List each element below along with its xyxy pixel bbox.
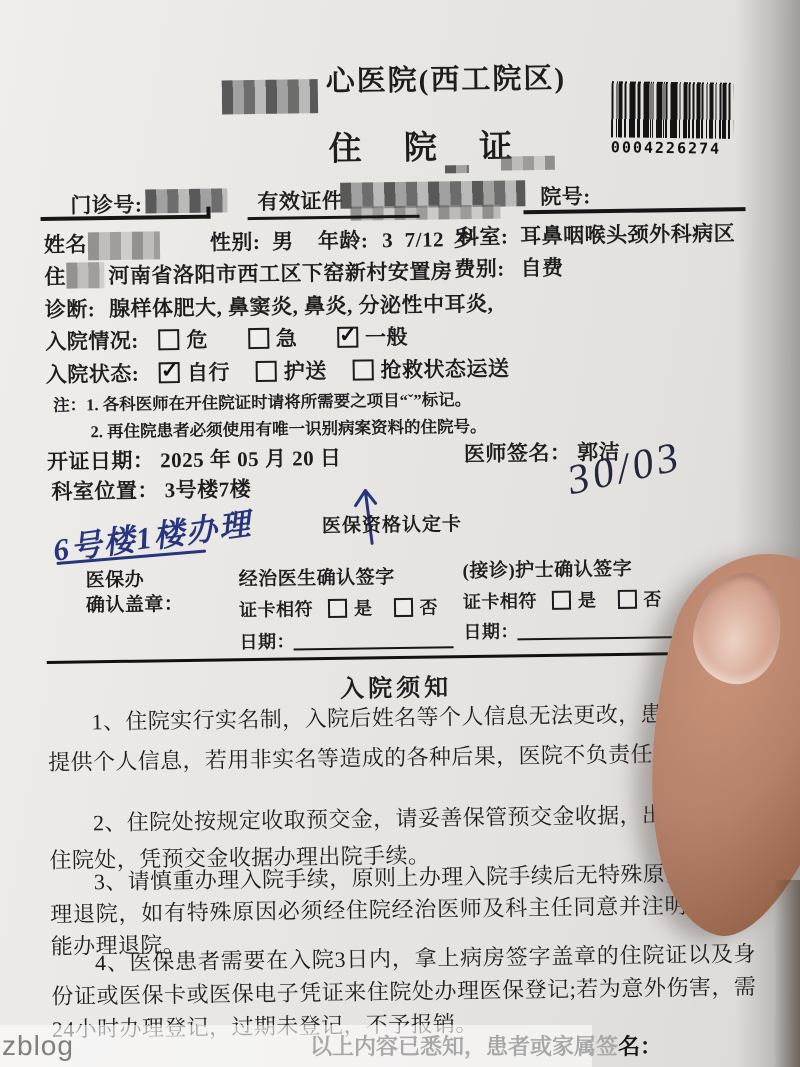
gender-value: 男 (272, 229, 294, 253)
checkbox-escort (256, 361, 277, 382)
document-title: 住 院 证 (328, 120, 529, 170)
redaction-mark (501, 156, 555, 171)
section-divider (47, 651, 749, 664)
yes-label: 是 (354, 598, 373, 618)
insurance-office-label-1: 医保办 (85, 565, 144, 593)
age-label: 年龄: (318, 228, 369, 253)
note-line-2: 2. 再住院患者必须使用有唯一识别病案资料的住院号。 (90, 413, 486, 443)
redaction-mosaic-address (66, 262, 104, 289)
checkbox-urgent (248, 328, 269, 349)
insurance-office-label-2: 确认盖章： (86, 589, 184, 617)
diagnosis-value: 腺样体肥大, 鼻窦炎, 鼻炎, 分泌性中耳炎, (109, 292, 494, 321)
checkbox-label-general: 一般 (365, 325, 408, 350)
checkbox-label-rescue: 抢救状态运送 (380, 356, 509, 382)
no-label: 否 (419, 597, 438, 617)
yes-label: 是 (578, 590, 597, 610)
admission-condition-label: 入院情况: (45, 329, 139, 354)
card-match-label: 证卡相符 (463, 591, 537, 612)
barcode-number: 0004226274 (611, 138, 739, 158)
signature-text-faded: 以上内容已悉知，患者或家属签 (310, 1034, 618, 1059)
checkbox-label-self: 自行 (187, 360, 230, 385)
signature-line: 以上内容已悉知，患者或家属签名： (310, 1030, 662, 1061)
inpatient-no-label: 院号: (540, 180, 591, 211)
notice-paragraph-1: 1、住院实行实名制，入院后姓名等个人信息无法更改，患者必如实提供个人信息，若用非… (47, 693, 753, 783)
checkbox-rescue (352, 359, 373, 380)
checkbox-self: ✓ (159, 362, 180, 383)
checkbox-general: ✓ (337, 327, 358, 348)
document-photo: 心医院(西工院区) 住 院 证 0004226274 门诊号: 有效证件 院号:… (0, 0, 800, 1067)
fee-value: 自费 (520, 256, 563, 281)
valid-id-label: 有效证件 (257, 185, 343, 216)
hospital-name: 心医院(西工院区) (325, 56, 566, 100)
gender-label: 性别: (210, 230, 261, 255)
dept-label: 科室: (458, 224, 509, 249)
check-icon: ✓ (161, 358, 179, 383)
date-underline (517, 636, 693, 640)
field-underline (41, 215, 211, 221)
check-icon: ✓ (339, 323, 357, 348)
watermark-text: zblog (2, 1030, 74, 1062)
address-label: 住 (44, 265, 66, 289)
issue-date-label: 开证日期： (47, 448, 155, 473)
paper-edge-shadow-low (774, 880, 800, 1067)
card-match-label: 证卡相符 (239, 599, 313, 620)
diagnosis-label: 诊断: (45, 297, 96, 322)
checkbox-nurse-no (617, 590, 636, 609)
location-label: 科室位置： (51, 478, 159, 503)
doctor-confirm-title: 经治医生确认签字 (238, 562, 394, 591)
admission-status-label: 入院状态: (46, 362, 140, 387)
barcode-icon (611, 81, 734, 139)
nurse-date-label: 日期： (463, 617, 519, 644)
address-value: 河南省洛阳市西工区下窑新村安置房 (108, 255, 452, 290)
checkbox-label-urgent: 急 (276, 326, 298, 350)
redaction-mosaic-name (88, 231, 160, 260)
fee-label: 费别: (454, 257, 505, 282)
doctor-date-label: 日期： (239, 627, 295, 654)
redaction-mark (445, 165, 469, 173)
field-underline-tick (206, 207, 210, 219)
date-underline (294, 646, 454, 650)
dept-value: 耳鼻咽喉头颈外科病区 (520, 221, 735, 248)
checkbox-nurse-yes (552, 591, 571, 610)
redaction-mosaic-outpatient-no (145, 188, 227, 213)
nurse-confirm-title: (接诊)护士确认签字 (462, 554, 632, 583)
insurance-card-title: 医保资格认定卡 (322, 509, 462, 538)
redaction-mosaic-hospital-name (222, 79, 318, 114)
issue-date-value: 2025 年 05 月 20 日 (160, 446, 342, 473)
checkbox-critical (158, 329, 179, 350)
doctor-sign-label: 医师签名： (464, 441, 572, 466)
age-value: 3 7/12 (382, 227, 444, 252)
barcode-sticker: 0004226274 (611, 81, 740, 158)
checkbox-label-critical: 危 (186, 328, 208, 352)
no-label: 否 (643, 589, 662, 609)
name-label: 姓名 (44, 232, 87, 257)
checkbox-doctor-no (393, 598, 412, 617)
checkbox-label-escort: 护送 (284, 359, 327, 384)
note-line-1: 注：1. 各科医师在开住院证时请将所需要之项目“ˇ”标记。 (53, 386, 471, 416)
signature-text-dark: 名： (618, 1034, 662, 1059)
checkbox-doctor-yes (328, 599, 347, 618)
